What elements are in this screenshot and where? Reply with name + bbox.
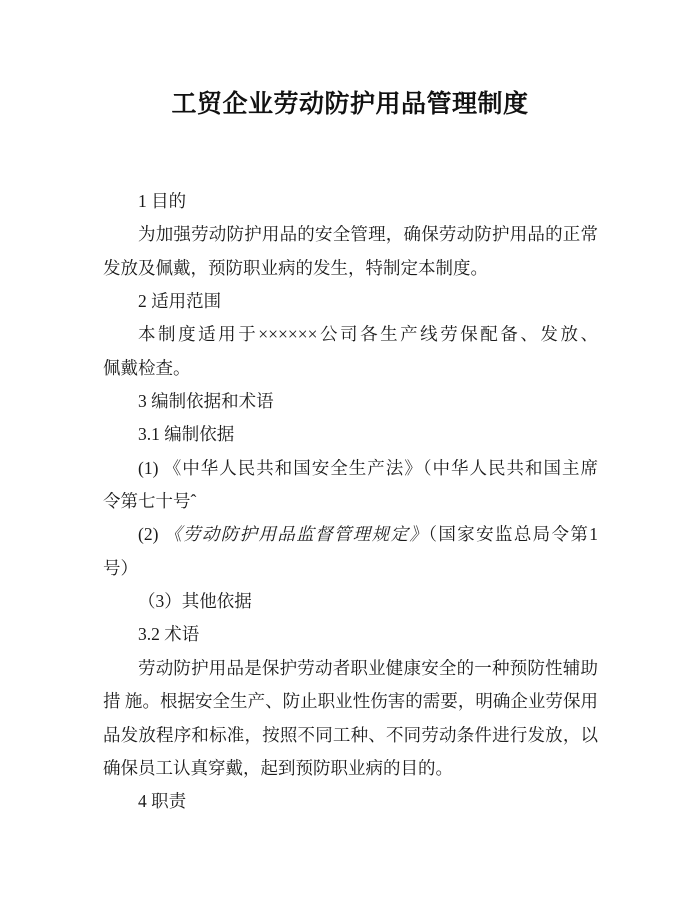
paragraph-purpose-line-2: 发放及佩戴，预防职业病的发生，特制定本制度。 — [103, 252, 598, 285]
paragraph-terms-line-4: 确保员工认真穿戴，起到预防职业病的目的。 — [103, 752, 598, 785]
document-page: 工贸企业劳动防护用品管理制度 1 目的 为加强劳动防护用品的安全管理，确保劳动防… — [0, 0, 700, 905]
list-item-basis-1-line-2: 令第七十号ˆ — [103, 485, 598, 518]
document-title: 工贸企业劳动防护用品管理制度 — [0, 88, 700, 122]
paragraph-terms-line-2: 措 施。根据安全生产、防止职业性伤害的需要，明确企业劳保用 — [103, 685, 598, 718]
list-item-basis-2-prefix: (2) — [138, 524, 164, 544]
list-item-basis-2-suffix: （国家安监总局令第1 — [428, 524, 598, 544]
regulation-title-italic: 《劳动防护用品监督管理规定》 — [164, 524, 428, 544]
section-heading-4-duties: 4 职责 — [103, 785, 598, 818]
paragraph-scope-line-2: 佩戴检查。 — [103, 352, 598, 385]
document-body: 1 目的 为加强劳动防护用品的安全管理，确保劳动防护用品的正常 发放及佩戴，预防… — [103, 185, 598, 819]
paragraph-terms-line-1: 劳动防护用品是保护劳动者职业健康安全的一种预防性辅助 — [103, 652, 598, 685]
section-heading-2-scope: 2 适用范围 — [103, 285, 598, 318]
section-heading-3-basis-terms: 3 编制依据和术语 — [103, 385, 598, 418]
subsection-heading-3-1-basis: 3.1 编制依据 — [103, 418, 598, 451]
list-item-basis-2-line-2: 号） — [103, 552, 598, 585]
subsection-heading-3-2-terms: 3.2 术语 — [103, 618, 598, 651]
list-item-basis-2-line-1: (2) 《劳动防护用品监督管理规定》（国家安监总局令第1 — [103, 518, 598, 551]
list-item-basis-3: （3）其他依据 — [103, 585, 598, 618]
paragraph-terms-line-3: 品发放程序和标准，按照不同工种、不同劳动条件进行发放，以 — [103, 719, 598, 752]
list-item-basis-1-line-1: (1) 《中华人民共和国安全生产法》（中华人民共和国主席 — [103, 452, 598, 485]
section-heading-1-purpose: 1 目的 — [103, 185, 598, 218]
paragraph-scope-line-1: 本制度适用于××××××公司各生产线劳保配备、发放、 — [103, 318, 598, 351]
paragraph-purpose-line-1: 为加强劳动防护用品的安全管理，确保劳动防护用品的正常 — [103, 218, 598, 251]
